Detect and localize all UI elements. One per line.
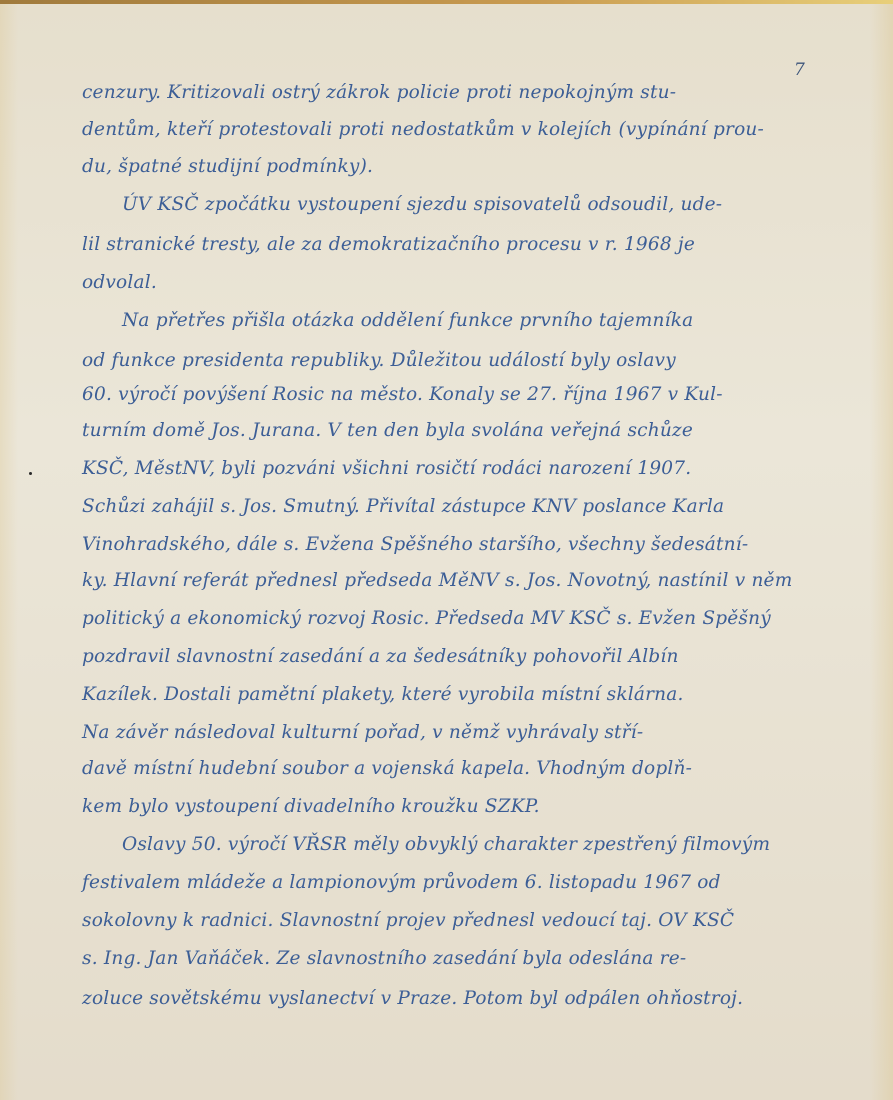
text-line: kem bylo vystoupení divadelního kroužku … bbox=[82, 796, 540, 817]
text-line: zoluce sovětskému vyslanectví v Praze. P… bbox=[82, 988, 743, 1009]
text-line: dentům, kteří protestovali proti nedosta… bbox=[82, 119, 764, 140]
page-top-edge bbox=[0, 0, 893, 4]
chronicle-page: 7 cenzury. Kritizovali ostrý zákrok poli… bbox=[0, 0, 893, 1100]
paragraph-start-line: Na přetřes přišla otázka oddělení funkce… bbox=[122, 310, 693, 331]
text-line: du, špatné studijní podmínky). bbox=[82, 156, 373, 177]
text-line: odvolal. bbox=[82, 272, 157, 293]
text-line: od funkce presidenta republiky. Důležito… bbox=[82, 350, 676, 371]
text-line: cenzury. Kritizovali ostrý zákrok polici… bbox=[82, 82, 676, 103]
text-line: davě místní hudební soubor a vojenská ka… bbox=[82, 758, 692, 779]
paragraph-start-line: ÚV KSČ zpočátku vystoupení sjezdu spisov… bbox=[122, 194, 722, 215]
text-line: festivalem mládeže a lampionovým průvode… bbox=[82, 872, 721, 893]
text-line: 60. výročí povýšení Rosic na město. Kona… bbox=[82, 384, 723, 405]
text-line: sokolovny k radnici. Slavnostní projev p… bbox=[82, 910, 734, 931]
text-line: ky. Hlavní referát přednesl předseda MěN… bbox=[82, 570, 792, 591]
text-line: s. Ing. Jan Vaňáček. Ze slavnostního zas… bbox=[82, 948, 686, 969]
text-line: politický a ekonomický rozvoj Rosic. Pře… bbox=[82, 608, 771, 629]
ink-speck bbox=[29, 472, 32, 475]
page-number: 7 bbox=[794, 60, 805, 80]
text-line: KSČ, MěstNV, byli pozváni všichni rosičt… bbox=[82, 458, 691, 479]
text-line: Schůzi zahájil s. Jos. Smutný. Přivítal … bbox=[82, 496, 724, 517]
text-line: lil stranické tresty, ale za demokratiza… bbox=[82, 234, 695, 255]
text-line: Kazílek. Dostali pamětní plakety, které … bbox=[82, 684, 684, 705]
text-line: Na závěr následoval kulturní pořad, v ně… bbox=[82, 722, 643, 743]
paragraph-start-line: Oslavy 50. výročí VŘSR měly obvyklý char… bbox=[122, 834, 770, 855]
text-line: turním domě Jos. Jurana. V ten den byla … bbox=[82, 420, 693, 441]
text-line: pozdravil slavnostní zasedání a za šedes… bbox=[82, 646, 679, 667]
text-line: Vinohradského, dále s. Evžena Spěšného s… bbox=[82, 534, 748, 555]
